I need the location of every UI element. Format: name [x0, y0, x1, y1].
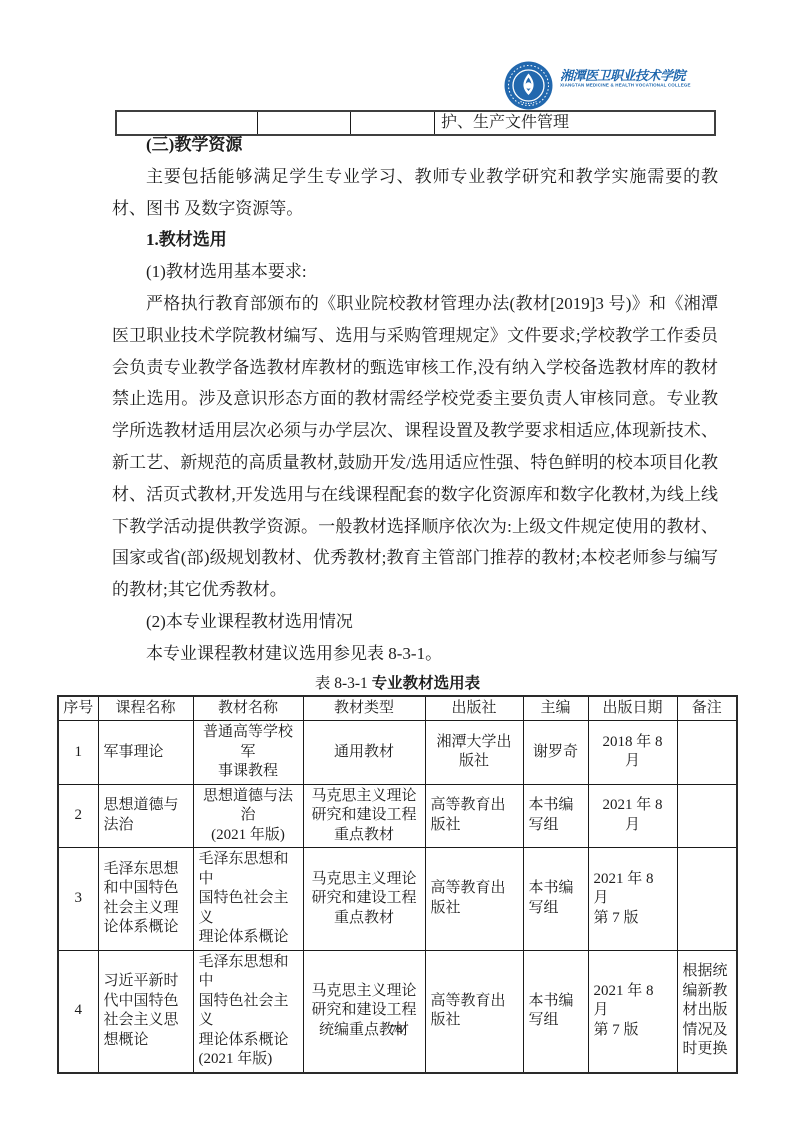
table-cell: 2021 年 8 月 — [588, 784, 677, 848]
table-cell: 马克思主义理论 研究和建设工程 重点教材 — [303, 848, 425, 951]
table-row: 2 思想道德与 法治 思想道德与法治 (2021 年版) 马克思主义理论 研究和… — [58, 784, 737, 848]
column-header: 教材名称 — [193, 696, 303, 721]
column-header: 出版社 — [425, 696, 523, 721]
column-header: 备注 — [677, 696, 737, 721]
section-heading: (三)教学资源 — [112, 129, 718, 161]
college-seal-icon — [504, 61, 553, 110]
college-name: 湘潭医卫职业技术学院 XIANGTAN MEDICINE & HEALTH VO… — [560, 61, 793, 91]
table-cell: 思想道德与 法治 — [98, 784, 193, 848]
table-cell: 毛泽东思想和中 国特色社会主义 理论体系概论 — [193, 848, 303, 951]
table-cell: 根据统 编新教 材出版 情况及 时更换 — [677, 950, 737, 1073]
document-body: (三)教学资源 主要包括能够满足学生专业学习、教师专业教学研究和教学实施需要的教… — [112, 129, 718, 670]
table-cell: 高等教育出 版社 — [425, 784, 523, 848]
table-row: 1 军事理论 普通高等学校军 事课教程 通用教材 湘潭大学出 版社 谢罗奇 20… — [58, 721, 737, 785]
table-row: 3 毛泽东思想 和中国特色 社会主义理 论体系概论 毛泽东思想和中 国特色社会主… — [58, 848, 737, 951]
paragraph-intro: 主要包括能够满足学生专业学习、教师专业教学研究和教学实施需要的教材、图书 及数字… — [112, 161, 718, 225]
materials-table: 序号 课程名称 教材名称 教材类型 出版社 主编 出版日期 备注 1 军事理论 … — [57, 695, 738, 1074]
table-cell: 湘潭大学出 版社 — [425, 721, 523, 785]
table-cell — [677, 848, 737, 951]
table-cell: 2021 年 8 月 第 7 版 — [588, 950, 677, 1073]
table-cell: 本书编 写组 — [523, 950, 588, 1073]
paragraph-selection-label: (2)本专业课程教材选用情况 — [112, 606, 718, 638]
paragraph-requirements: 严格执行教育部颁布的《职业院校教材管理办法(教材[2019]3 号)》和《湘潭医… — [112, 288, 718, 606]
subsection-heading: 1.教材选用 — [112, 224, 718, 256]
college-logo: 湘潭医卫职业技术学院 XIANGTAN MEDICINE & HEALTH VO… — [504, 61, 793, 110]
table-header-row: 序号 课程名称 教材名称 教材类型 出版社 主编 出版日期 备注 — [58, 696, 737, 721]
paragraph-table-reference: 本专业课程教材建议选用参见表 8-3-1。 — [112, 638, 718, 670]
college-name-cn: 湘潭医卫职业技术学院 — [560, 69, 793, 83]
table-cell: 本书编 写组 — [523, 784, 588, 848]
table-cell: 2 — [58, 784, 98, 848]
column-header: 教材类型 — [303, 696, 425, 721]
table-cell — [677, 721, 737, 785]
table-cell: 高等教育出 版社 — [425, 848, 523, 951]
table-cell: 思想道德与法治 (2021 年版) — [193, 784, 303, 848]
table-row: 4 习近平新时 代中国特色 社会主义思 想概论 毛泽东思想和中 国特色社会主义 … — [58, 950, 737, 1073]
table-cell: 4 — [58, 950, 98, 1073]
table-cell: 毛泽东思想和中 国特色社会主义 理论体系概论 (2021 年版) — [193, 950, 303, 1073]
column-header: 出版日期 — [588, 696, 677, 721]
paragraph-requirements-label: (1)教材选用基本要求: — [112, 256, 718, 288]
table-cell: 普通高等学校军 事课教程 — [193, 721, 303, 785]
table-cell: 马克思主义理论 研究和建设工程 统编重点教材 — [303, 950, 425, 1073]
column-header: 主编 — [523, 696, 588, 721]
table-cell: 通用教材 — [303, 721, 425, 785]
table-cell: 2018 年 8 月 — [588, 721, 677, 785]
table-title: 表 8-3-1 专业教材选用表 — [57, 673, 738, 694]
table-title-text: 专业教材选用表 — [372, 675, 481, 692]
table-cell — [677, 784, 737, 848]
table-cell: 1 — [58, 721, 98, 785]
table-cell: 高等教育出 版社 — [425, 950, 523, 1073]
table-number: 表 8-3-1 — [315, 675, 368, 692]
column-header: 序号 — [58, 696, 98, 721]
table-cell: 本书编 写组 — [523, 848, 588, 951]
document-page: 湘潭医卫职业技术学院 XIANGTAN MEDICINE & HEALTH VO… — [0, 0, 793, 1122]
table-cell: 军事理论 — [98, 721, 193, 785]
table-cell: 3 — [58, 848, 98, 951]
table-cell: 习近平新时 代中国特色 社会主义思 想概论 — [98, 950, 193, 1073]
table-cell: 谢罗奇 — [523, 721, 588, 785]
column-header: 课程名称 — [98, 696, 193, 721]
table-cell: 毛泽东思想 和中国特色 社会主义理 论体系概论 — [98, 848, 193, 951]
college-name-en: XIANGTAN MEDICINE & HEALTH VOCATIONAL CO… — [560, 83, 691, 87]
table-cell: 马克思主义理论 研究和建设工程 重点教材 — [303, 784, 425, 848]
page-number: 74 — [0, 1022, 793, 1038]
table-cell: 2021 年 8 月 第 7 版 — [588, 848, 677, 951]
